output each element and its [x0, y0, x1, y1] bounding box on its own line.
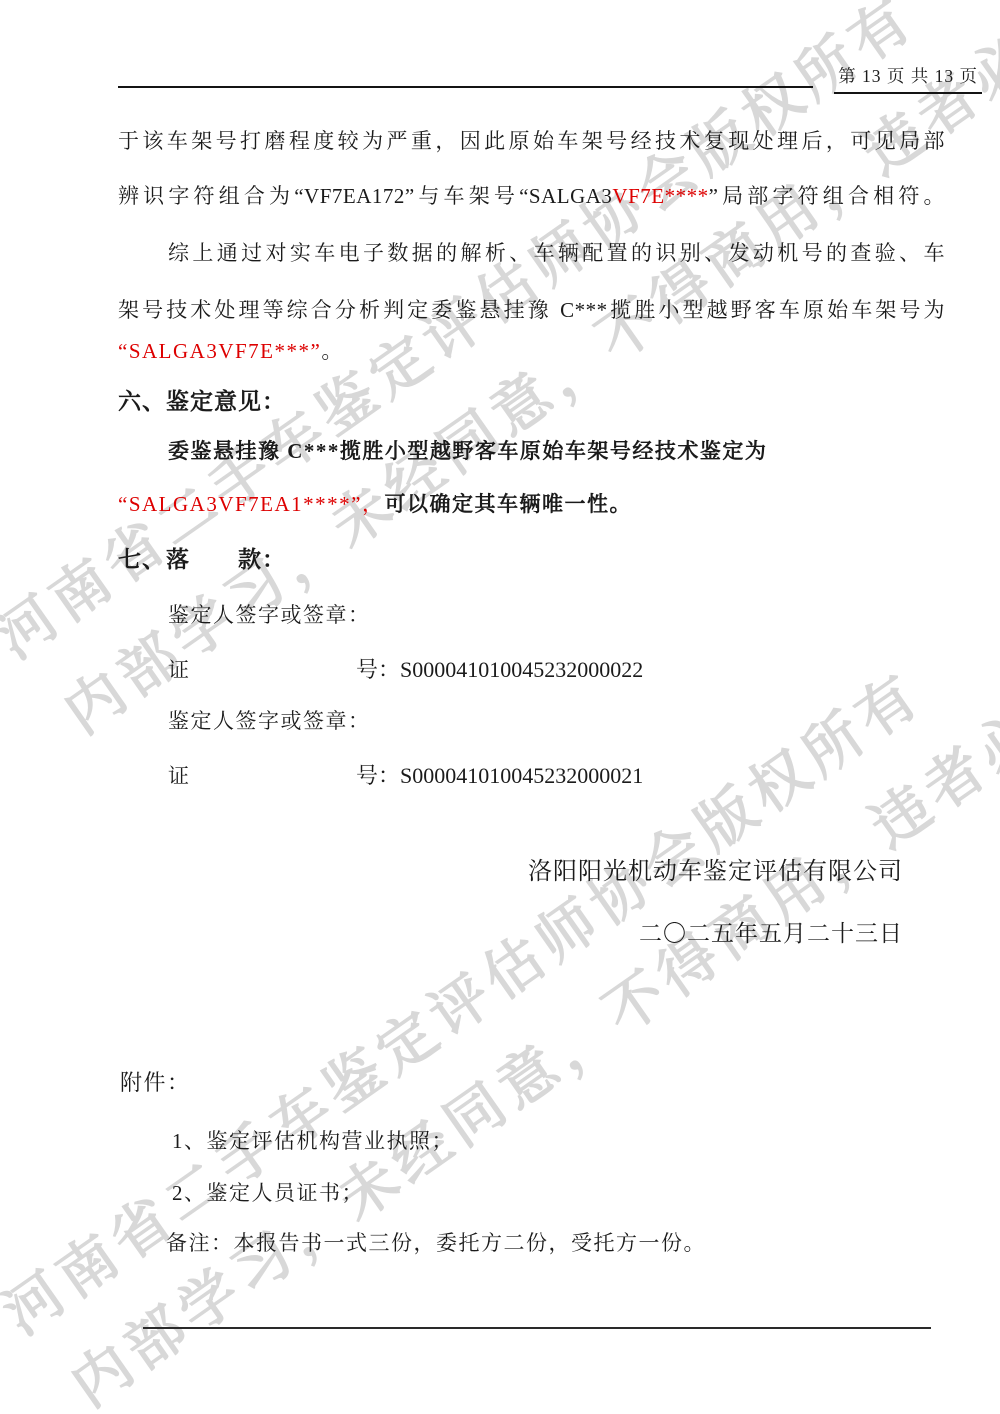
cert-no-value: S000041010045232000022 — [400, 657, 643, 682]
watermark-text: 内部学习，未经同意，不得商用，违者必究 — [55, 0, 1000, 744]
opinion-text: 可以确定其车辆唯一性。 — [384, 492, 632, 516]
cert-word: 证 — [168, 761, 191, 791]
body-line: 辨识字符组合为“VF7EA172”与车架号“SALGA3VF7E****”局部字… — [118, 181, 945, 211]
body-line: 综上通过对实车电子数据的解析、车辆配置的识别、发动机号的查验、车 — [118, 238, 945, 268]
vin-conclusion-red: “SALGA3VF7E***” — [118, 339, 321, 363]
body-line: “SALGA3VF7E***”。 — [118, 336, 344, 366]
body-text: 。 — [321, 339, 344, 363]
attachment-item: 1、鉴定评估机构营业执照； — [172, 1126, 454, 1156]
cert-no-value: S000041010045232000021 — [400, 763, 643, 788]
cert-number: 号：S000041010045232000021 — [356, 761, 643, 791]
cert-no-label: 号： — [356, 657, 400, 682]
footer-rule — [143, 1327, 931, 1329]
report-page: 河南省二手车鉴定评估师协会版权所有 内部学习，未经同意，不得商用，违者必究 河南… — [0, 0, 1000, 1414]
body-text: 辨识字符组合为“VF7EA172”与车架号“SALGA3 — [118, 184, 612, 208]
page-number: 第 13 页 共 13 页 — [834, 63, 982, 94]
vin-final-red: “SALGA3VF7EA1****”， — [118, 492, 384, 516]
signer-label: 鉴定人签字或签章： — [168, 706, 371, 736]
opinion-line: 委鉴悬挂豫 C***揽胜小型越野客车原始车架号经技术鉴定为 — [168, 436, 767, 466]
section-heading-signature: 七、落 款： — [118, 544, 286, 574]
cert-no-label: 号： — [356, 763, 400, 788]
body-text: ”局部字符组合相符。 — [709, 184, 945, 208]
section-heading-opinion: 六、鉴定意见： — [118, 386, 286, 416]
body-line: 架号技术处理等综合分析判定委鉴悬挂豫 C***揽胜小型越野客车原始车架号为 — [118, 295, 945, 325]
cert-word: 证 — [168, 655, 191, 685]
report-date: 二〇二五年五月二十三日 — [639, 919, 903, 949]
company-name: 洛阳阳光机动车鉴定评估有限公司 — [528, 857, 903, 887]
vin-partial-red: VF7E**** — [612, 184, 708, 208]
note-line: 备注：本报告书一式三份，委托方二份，受托方一份。 — [166, 1228, 706, 1258]
cert-number: 号：S000041010045232000022 — [356, 655, 643, 685]
signer-label: 鉴定人签字或签章： — [168, 600, 371, 630]
header-rule — [118, 86, 813, 88]
body-line: 于该车架号打磨程度较为严重，因此原始车架号经技术复现处理后，可见局部 — [118, 126, 945, 156]
attachment-item: 2、鉴定人员证书； — [172, 1178, 364, 1208]
attachments-title: 附件： — [120, 1068, 191, 1098]
opinion-line: “SALGA3VF7EA1****”，可以确定其车辆唯一性。 — [118, 489, 632, 519]
